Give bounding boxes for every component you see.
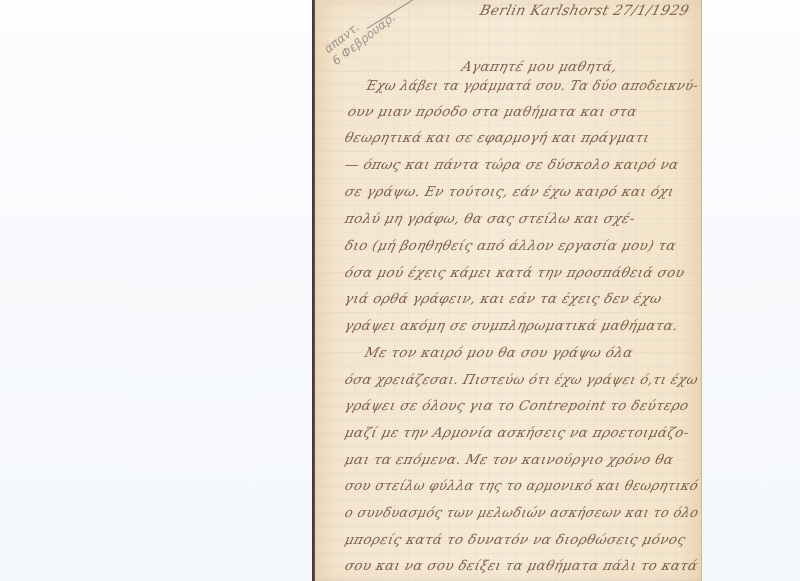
letter-line: σου και να σου δείξει τα μαθήματα πάλι τ… — [343, 558, 700, 574]
letter-line: γράψει ακόμη σε συμπληρωματικά μαθήματα. — [343, 318, 680, 334]
letter-line: όσα χρειάζεσαι. Πιστεύω ότι έχω γράψει ό… — [343, 372, 700, 388]
paper-left-edge-shadow — [312, 0, 315, 581]
letter-line: Με τον καιρό μου θα σου γράψω όλα — [363, 345, 635, 361]
letter-line: όσα μού έχεις κάμει κατά την προσπάθειά … — [343, 265, 686, 281]
letter-place-date: Berlin Karlshorst 27/1/1929 — [478, 3, 691, 19]
letter-line: Έχω λάβει τα γράμματά σου. Τα δύο αποδει… — [363, 78, 700, 94]
letter-line: ουν μιαν πρόοδο στα μαθήματα και στα — [346, 104, 639, 120]
letter-line: γιά ορθά γράφειν, και εάν τα έχεις δεν έ… — [343, 291, 663, 307]
letter-line: μαζί με την Αρμονία ασκήσεις να προετοιμ… — [343, 425, 691, 441]
letter-line: πολύ μη γράφω, θα σας στείλω και σχέ- — [343, 211, 637, 227]
letter-line: διο (μή βοηθηθείς από άλλον εργασία μου)… — [343, 238, 678, 254]
letter-line: σε γράψω. Εν τούτοις, εάν έχω καιρό και … — [343, 184, 676, 200]
letter-line: μαι τα επόμενα. Με τον καινούργιο χρόνο … — [343, 452, 675, 468]
letter-salutation: Αγαπητέ μου μαθητά, — [460, 59, 619, 75]
letter-line: μπορείς κατά το δυνατόν να διορθώσεις μό… — [343, 532, 687, 548]
letter-line: θεωρητικά και σε εφαρμογή και πράγματι — [343, 130, 651, 146]
letter-line: ο συνδυασμός των μελωδιών ασκήσεων και τ… — [343, 505, 700, 521]
letter-line: — όπως και πάντα τώρα σε δύσκολο καιρό ν… — [343, 157, 681, 173]
letter-line: σου στείλω φύλλα της το αρμονικό και θεω… — [343, 478, 700, 494]
letter-line: γράψει σε όλους για το Contrepoint το δε… — [343, 398, 691, 414]
paper-right-edge — [701, 0, 702, 581]
